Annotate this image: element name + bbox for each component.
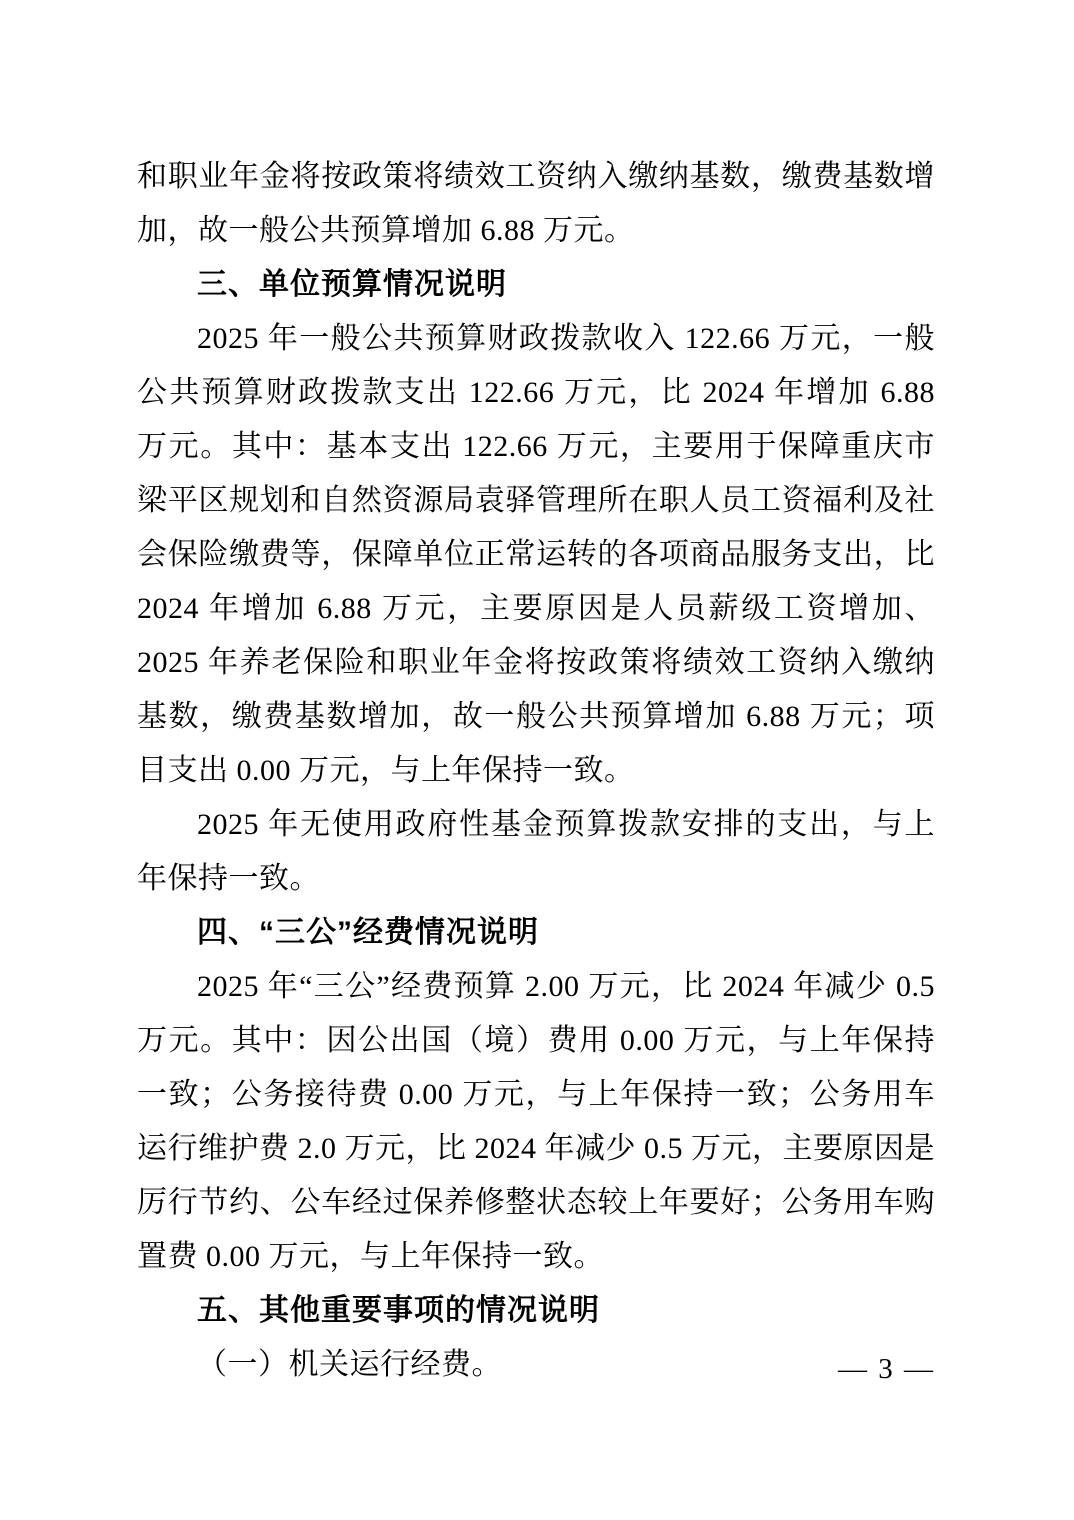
paragraph-unit-budget: 2025 年一般公共预算财政拨款收入 122.66 万元，一般公共预算财政拨款支… <box>137 312 935 798</box>
subheading-agency-operating-expenses: （一）机关运行经费。 <box>137 1338 935 1392</box>
paragraph-continuation: 和职业年金将按政策将绩效工资纳入缴纳基数，缴费基数增加，故一般公共预算增加 6.… <box>137 150 935 258</box>
document-content: 和职业年金将按政策将绩效工资纳入缴纳基数，缴费基数增加，故一般公共预算增加 6.… <box>137 150 935 1392</box>
paragraph-three-public-expenses: 2025 年“三公”经费预算 2.00 万元，比 2024 年减少 0.5 万元… <box>137 960 935 1284</box>
paragraph-government-fund: 2025 年无使用政府性基金预算拨款安排的支出，与上年保持一致。 <box>137 798 935 906</box>
section-heading-3: 三、单位预算情况说明 <box>137 258 935 312</box>
section-heading-5: 五、其他重要事项的情况说明 <box>137 1284 935 1338</box>
page-number: — 3 — <box>838 1352 935 1386</box>
section-heading-4: 四、“三公”经费情况说明 <box>137 906 935 960</box>
document-page: 和职业年金将按政策将绩效工资纳入缴纳基数，缴费基数增加，故一般公共预算增加 6.… <box>0 0 1074 1520</box>
